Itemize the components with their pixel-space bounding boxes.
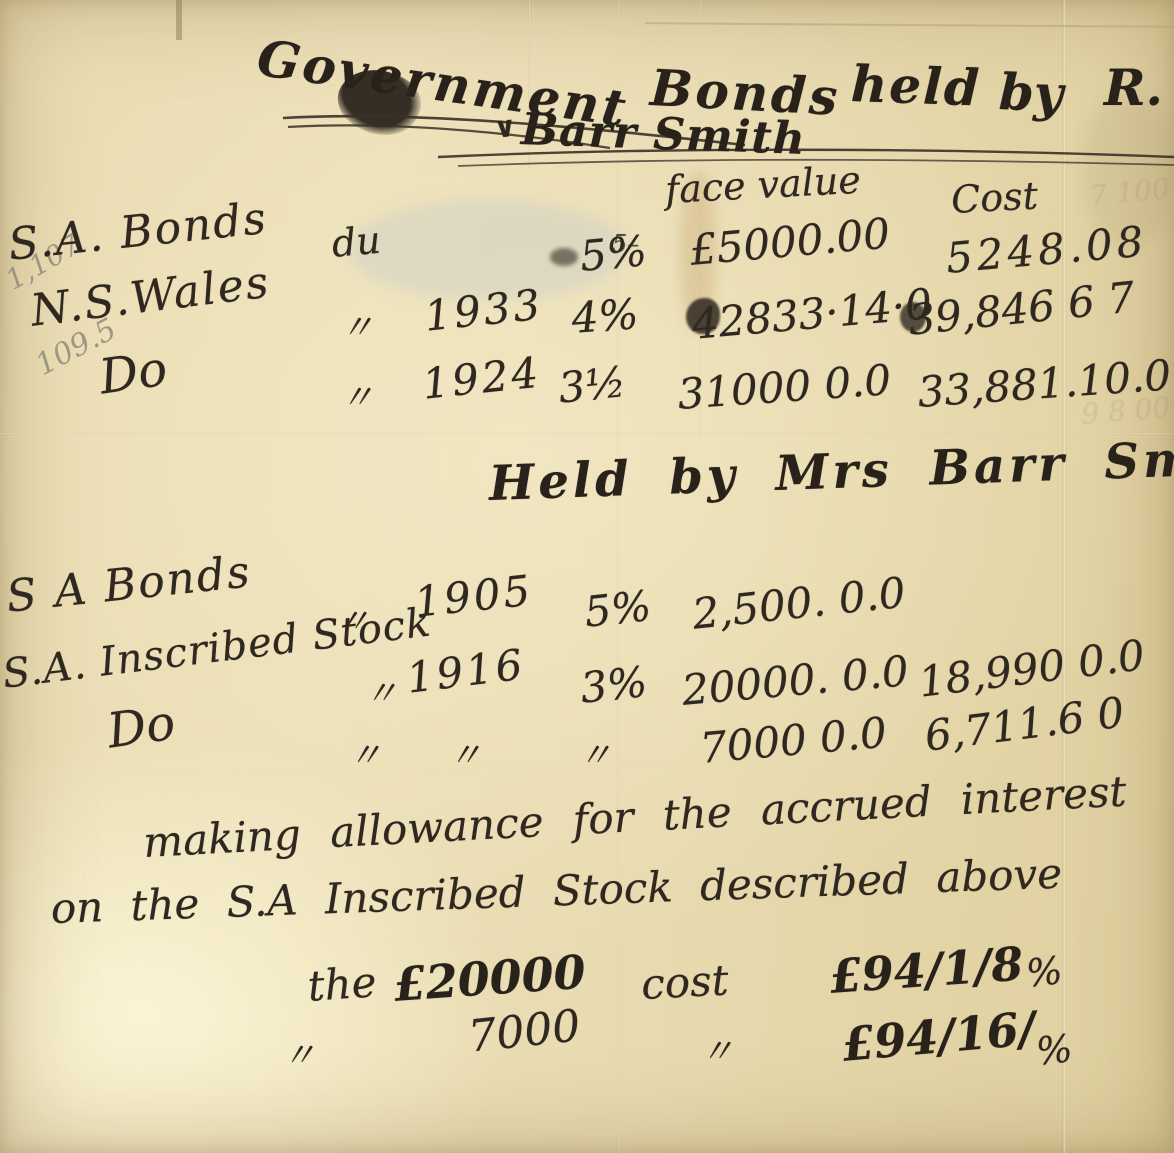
title-word-held: held — [850, 54, 982, 118]
sheet-edge — [645, 22, 1174, 28]
ditto-mark: 〃 — [340, 300, 374, 349]
bond-year: 1905 — [412, 566, 535, 627]
bond-rate: 3½ — [556, 357, 628, 413]
bond-face-value: 20000. 0.0 — [680, 646, 911, 715]
insertion-name: Barr Smith — [520, 104, 806, 165]
calc-rate: £94/16/ — [840, 1001, 1038, 1072]
percent-sign: % — [1034, 1026, 1075, 1074]
bleedthrough-mark: 7 100 — [1088, 172, 1171, 213]
bond-cost: 39,846 6 7 — [906, 272, 1137, 344]
ditto-mark: 〃 — [348, 728, 382, 777]
bond-note: du — [330, 218, 382, 266]
fold-crease — [617, 0, 620, 1153]
calc-rate: £94/1/8 — [828, 936, 1025, 1003]
ditto-mark: 〃 — [340, 370, 374, 419]
section-heading: Held by Mrs Barr Smith — [488, 428, 1174, 512]
calc-word: the — [306, 957, 378, 1011]
ditto-mark: 〃 — [578, 728, 612, 777]
bond-face-value: 2,500. 0.0 — [690, 568, 908, 639]
bond-rate: 4% — [570, 289, 640, 343]
bond-face-value: £5000.00 — [688, 209, 892, 275]
bond-year: 1933 — [422, 280, 545, 341]
bond-name: Do — [104, 695, 179, 760]
sheet-edge — [176, 0, 182, 40]
bond-year: 1924 — [420, 348, 543, 409]
bond-rate: 5% — [578, 226, 649, 281]
percent-sign: % — [1024, 948, 1065, 996]
document-page: Government Bonds held by R. ∨ Barr Smith… — [0, 0, 1174, 1153]
bond-rate: 3% — [578, 657, 649, 713]
fold-crease — [80, 762, 780, 777]
bond-year: 1916 — [404, 640, 528, 703]
bond-name: Do — [96, 341, 171, 406]
ditto-mark: 〃 — [282, 1028, 316, 1077]
calc-word: cost — [640, 955, 730, 1008]
ditto-mark: 〃 — [364, 666, 398, 715]
title-word-r: R. — [1104, 58, 1163, 117]
insertion-caret-icon: ∨ — [492, 110, 518, 145]
ditto-mark: 〃 — [700, 1024, 734, 1073]
ditto-mark: 〃 — [448, 728, 482, 777]
bond-face-value: 31000 0.0 — [676, 355, 893, 419]
bond-name: S.A. Bonds — [6, 193, 270, 271]
fold-crease — [0, 432, 1174, 435]
column-header-cost: Cost — [950, 173, 1039, 221]
calc-amount: 7000 — [466, 1000, 583, 1062]
bond-name: S A Bonds — [4, 546, 254, 622]
ink-smear — [550, 248, 578, 266]
bond-rate: 5% — [582, 581, 653, 637]
column-header-face-value: face value — [664, 158, 862, 212]
title-word-by: by — [998, 62, 1064, 123]
bond-face-value: 7000 0.0 — [698, 708, 889, 773]
bleedthrough-mark: 9 8 00 — [1080, 390, 1172, 431]
bond-face-value: 42833·14·0 — [690, 279, 934, 349]
